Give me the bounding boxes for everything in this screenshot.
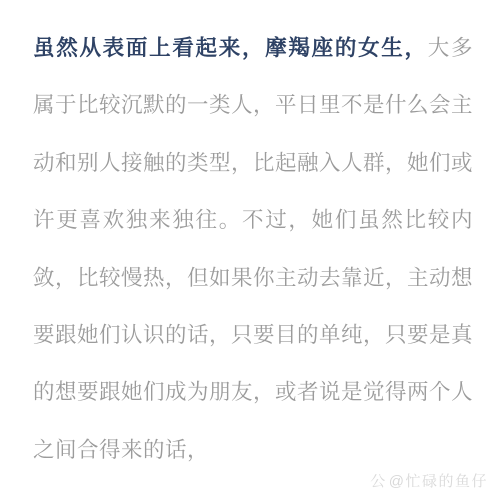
body-text: 动和别人接触的类型，比起融入人群，她们或 (33, 151, 473, 175)
watermark: 公@忙碌的鱼仔 (370, 472, 488, 492)
body-text: 属于比较沉默的一类人，平日里不是什么会主 (33, 93, 473, 117)
text-line: 的想要跟她们成为朋友，或者说是觉得两个人 (33, 364, 473, 421)
watermark-handle: @忙碌的鱼仔 (389, 473, 488, 490)
lead-sentence-emphasis: 虽然从表面上看起来，摩羯座的女生， (33, 36, 428, 60)
text-line: 属于比较沉默的一类人，平日里不是什么会主 (33, 77, 473, 134)
watermark-logo-icon: 公 (370, 473, 387, 490)
text-line: 许更喜欢独来独往。不过，她们虽然比较内 (33, 192, 473, 249)
body-text: 许更喜欢独来独往。不过，她们虽然比较内 (33, 208, 473, 232)
article-page: 虽然从表面上看起来，摩羯座的女生，大多都 属于比较沉默的一类人，平日里不是什么会… (0, 0, 500, 502)
text-line: 虽然从表面上看起来，摩羯座的女生，大多都 (33, 20, 473, 77)
body-text: 敛，比较慢热，但如果你主动去靠近，主动想 (33, 266, 473, 290)
text-line: 之间合得来的话， (33, 422, 473, 479)
body-text: 之间合得来的话， (33, 438, 209, 462)
text-line: 动和别人接触的类型，比起融入人群，她们或 (33, 135, 473, 192)
body-text: 要跟她们认识的话，只要目的单纯，只要是真 (33, 323, 473, 347)
article-text-block: 虽然从表面上看起来，摩羯座的女生，大多都 属于比较沉默的一类人，平日里不是什么会… (33, 20, 473, 479)
text-line: 敛，比较慢热，但如果你主动去靠近，主动想 (33, 250, 473, 307)
body-text: 的想要跟她们成为朋友，或者说是觉得两个人 (33, 380, 473, 404)
text-line: 要跟她们认识的话，只要目的单纯，只要是真 (33, 307, 473, 364)
